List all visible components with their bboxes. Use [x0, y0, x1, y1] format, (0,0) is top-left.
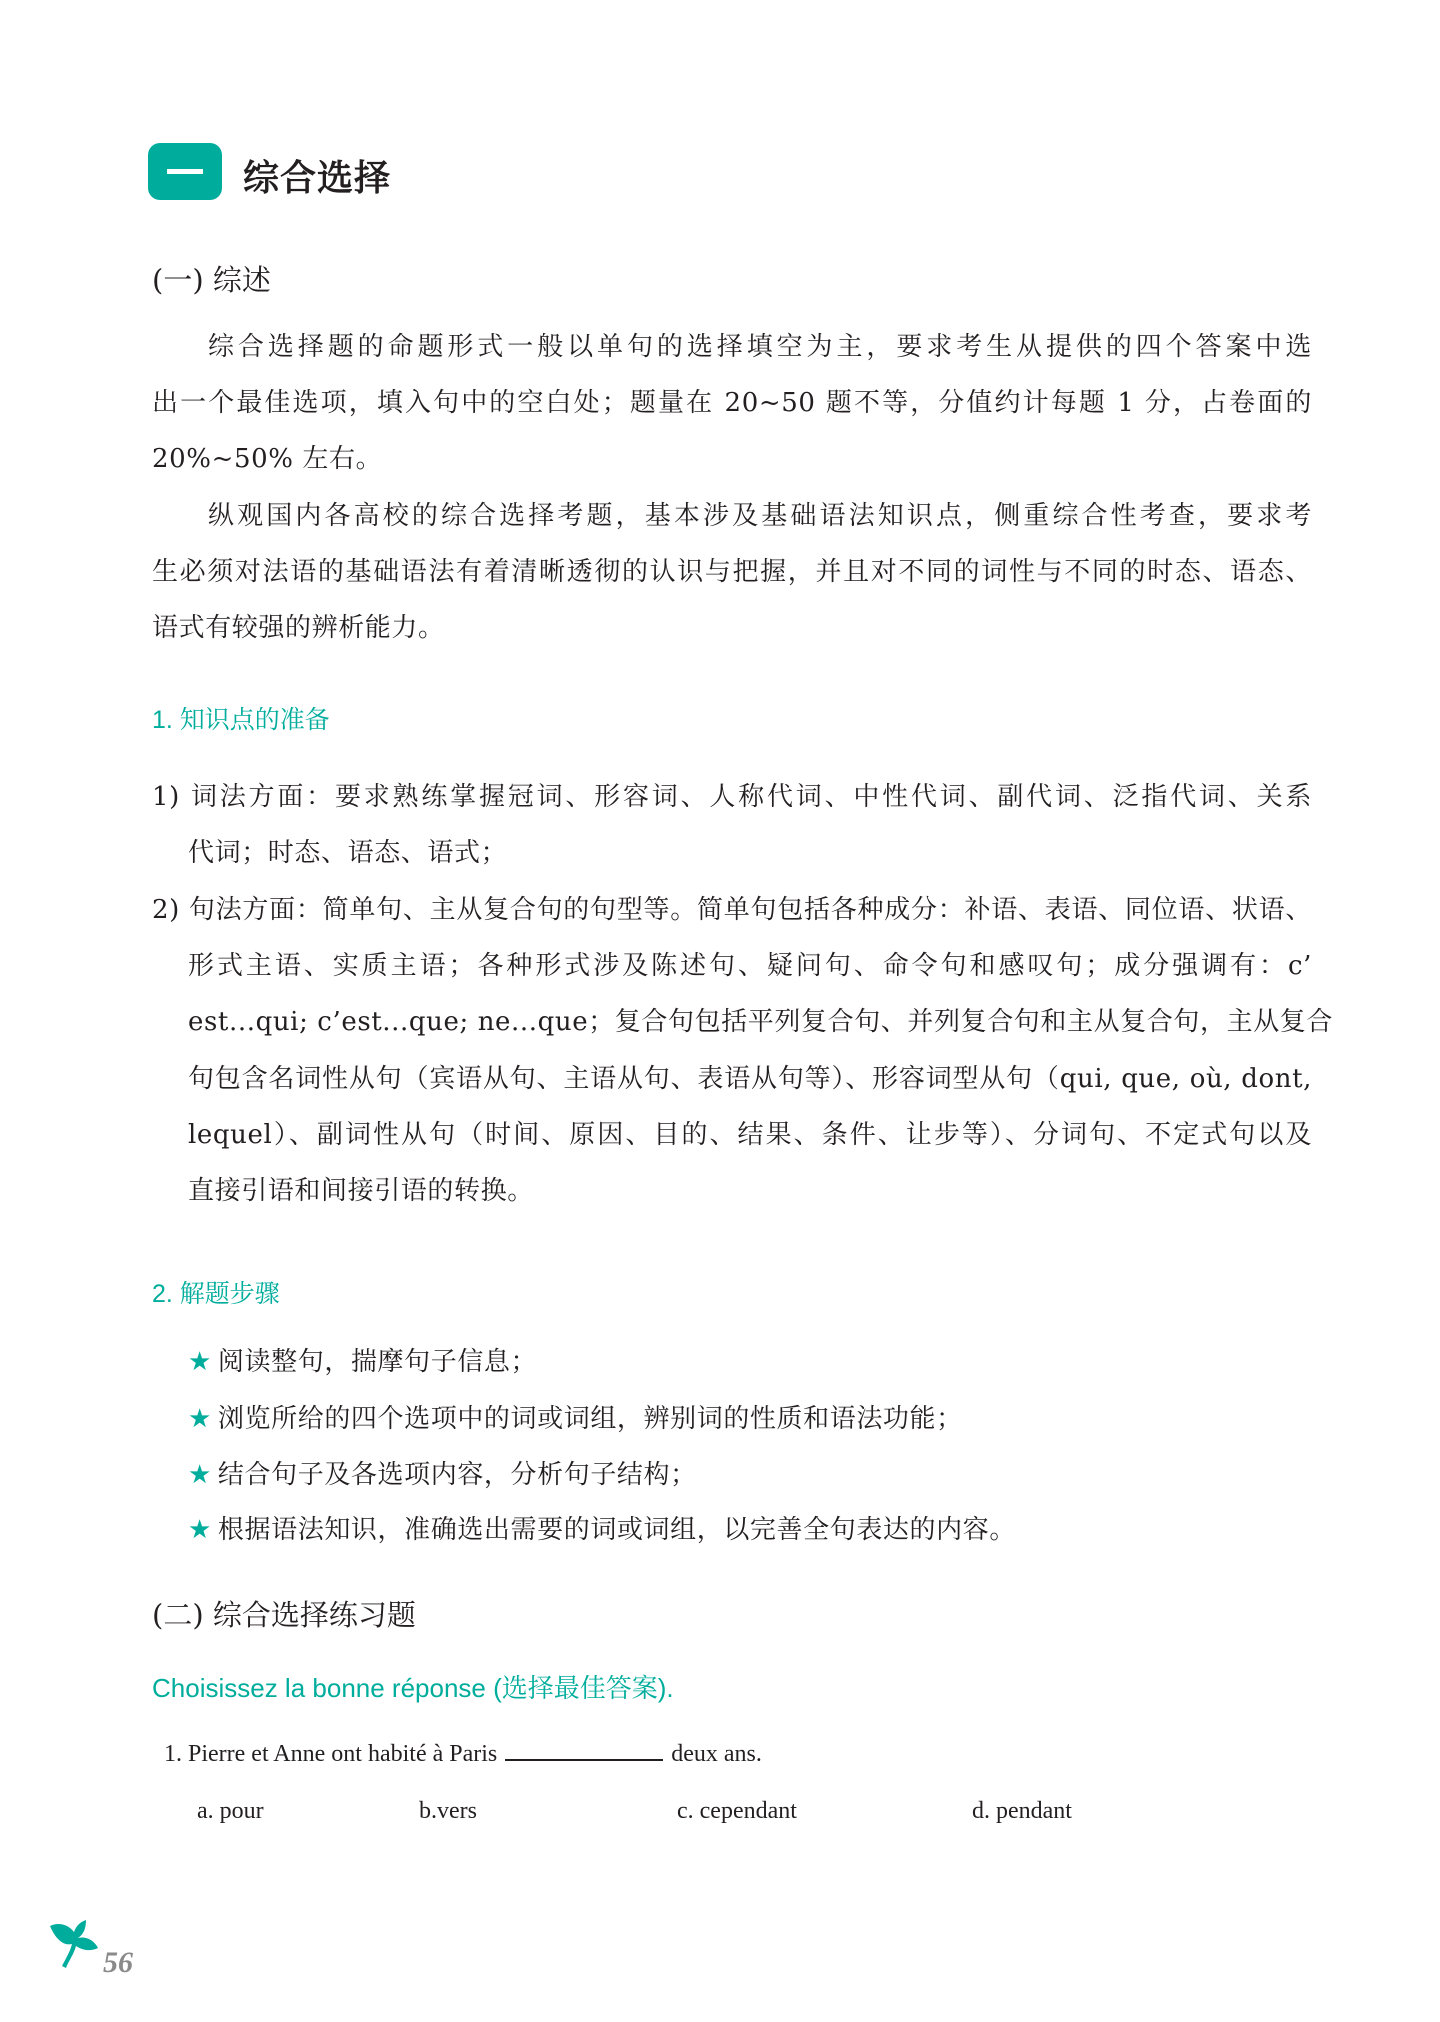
section-title: 综合选择: [243, 150, 391, 201]
step-text: 根据语法知识，准确选出需要的词或词组，以完善全句表达的内容。: [218, 1515, 1016, 1545]
knowledge-item2-line-4: 句包含名词性从句（宾语从句、主语从句、表语从句等）、形容词型从句（qui, qu…: [188, 1059, 1312, 1099]
steps-heading: 2. 解题步骤: [152, 1274, 280, 1310]
part2-title: (二) 综合选择练习题: [152, 1593, 416, 1634]
knowledge-item2-line-5: lequel）、副词性从句（时间、原因、目的、结果、条件、让步等）、分词句、不定…: [188, 1115, 1312, 1155]
part1-title: (一) 综述: [152, 258, 271, 299]
knowledge-item2-line-1: 2) 句法方面：简单句、主从复合句的句型等。简单句包括各种成分：补语、表语、同位…: [152, 890, 1312, 930]
knowledge-item1-line-2: 代词；时态、语态、语式；: [188, 833, 1312, 873]
question-text-before: Pierre et Anne ont habité à Paris: [188, 1741, 497, 1767]
question-1: 1. Pierre et Anne ont habité à Parisdeux…: [164, 1741, 762, 1768]
star-icon: ★: [188, 1347, 212, 1377]
answer-blank[interactable]: [505, 1755, 663, 1761]
step-text: 浏览所给的四个选项中的词或词组，辨别词的性质和语法功能；: [218, 1404, 963, 1434]
knowledge-item2-line-3: est...qui; c’est...que; ne...que；复合句包括平列…: [188, 1002, 1312, 1042]
knowledge-heading: 1. 知识点的准备: [152, 700, 330, 736]
knowledge-item2-line-6: 直接引语和间接引语的转换。: [188, 1171, 1312, 1211]
step-item: ★结合句子及各选项内容，分析句子结构；: [188, 1454, 697, 1491]
knowledge-item2-line-2: 形式主语、实质主语；各种形式涉及陈述句、疑问句、命令句和感叹句；成分强调有：c’: [188, 946, 1312, 986]
option-a[interactable]: a. pour: [197, 1798, 264, 1825]
step-item: ★阅读整句，揣摩句子信息；: [188, 1341, 537, 1378]
exercise-instruction: Choisissez la bonne réponse (选择最佳答案).: [152, 1668, 674, 1705]
step-item: ★根据语法知识，准确选出需要的词或词组，以完善全句表达的内容。: [188, 1509, 1016, 1546]
leaf-icon: [48, 1918, 104, 1970]
star-icon: ★: [188, 1460, 212, 1490]
para1-line-1: 综合选择题的命题形式一般以单句的选择填空为主，要求考生从提供的四个答案中选: [208, 327, 1312, 367]
step-text: 结合句子及各选项内容，分析句子结构；: [218, 1460, 697, 1490]
para1-line-3: 20%~50% 左右。: [152, 439, 1312, 479]
para2-line-1: 纵观国内各高校的综合选择考题，基本涉及基础语法知识点，侧重综合性考查，要求考: [208, 496, 1312, 536]
option-c[interactable]: c. cependant: [677, 1798, 797, 1825]
section-number-badge: [148, 143, 222, 200]
para2-line-2: 生必须对法语的基础语法有着清晰透彻的认识与把握，并且对不同的词性与不同的时态、语…: [152, 552, 1312, 592]
para1-line-2: 出一个最佳选项，填入句中的空白处；题量在 20~50 题不等，分值约计每题 1 …: [152, 383, 1312, 423]
option-d[interactable]: d. pendant: [972, 1798, 1072, 1825]
section-number-glyph: [167, 169, 203, 174]
knowledge-item1-line-1: 1) 词法方面：要求熟练掌握冠词、形容词、人称代词、中性代词、副代词、泛指代词、…: [152, 777, 1312, 817]
question-text-after: deux ans.: [671, 1741, 762, 1767]
star-icon: ★: [188, 1404, 212, 1434]
para2-line-3: 语式有较强的辨析能力。: [152, 608, 1312, 648]
step-text: 阅读整句，揣摩句子信息；: [218, 1347, 537, 1377]
page-number: 56: [103, 1946, 133, 1980]
option-b[interactable]: b.vers: [419, 1798, 477, 1825]
question-number: 1.: [164, 1741, 182, 1767]
star-icon: ★: [188, 1515, 212, 1545]
step-item: ★浏览所给的四个选项中的词或词组，辨别词的性质和语法功能；: [188, 1398, 963, 1435]
